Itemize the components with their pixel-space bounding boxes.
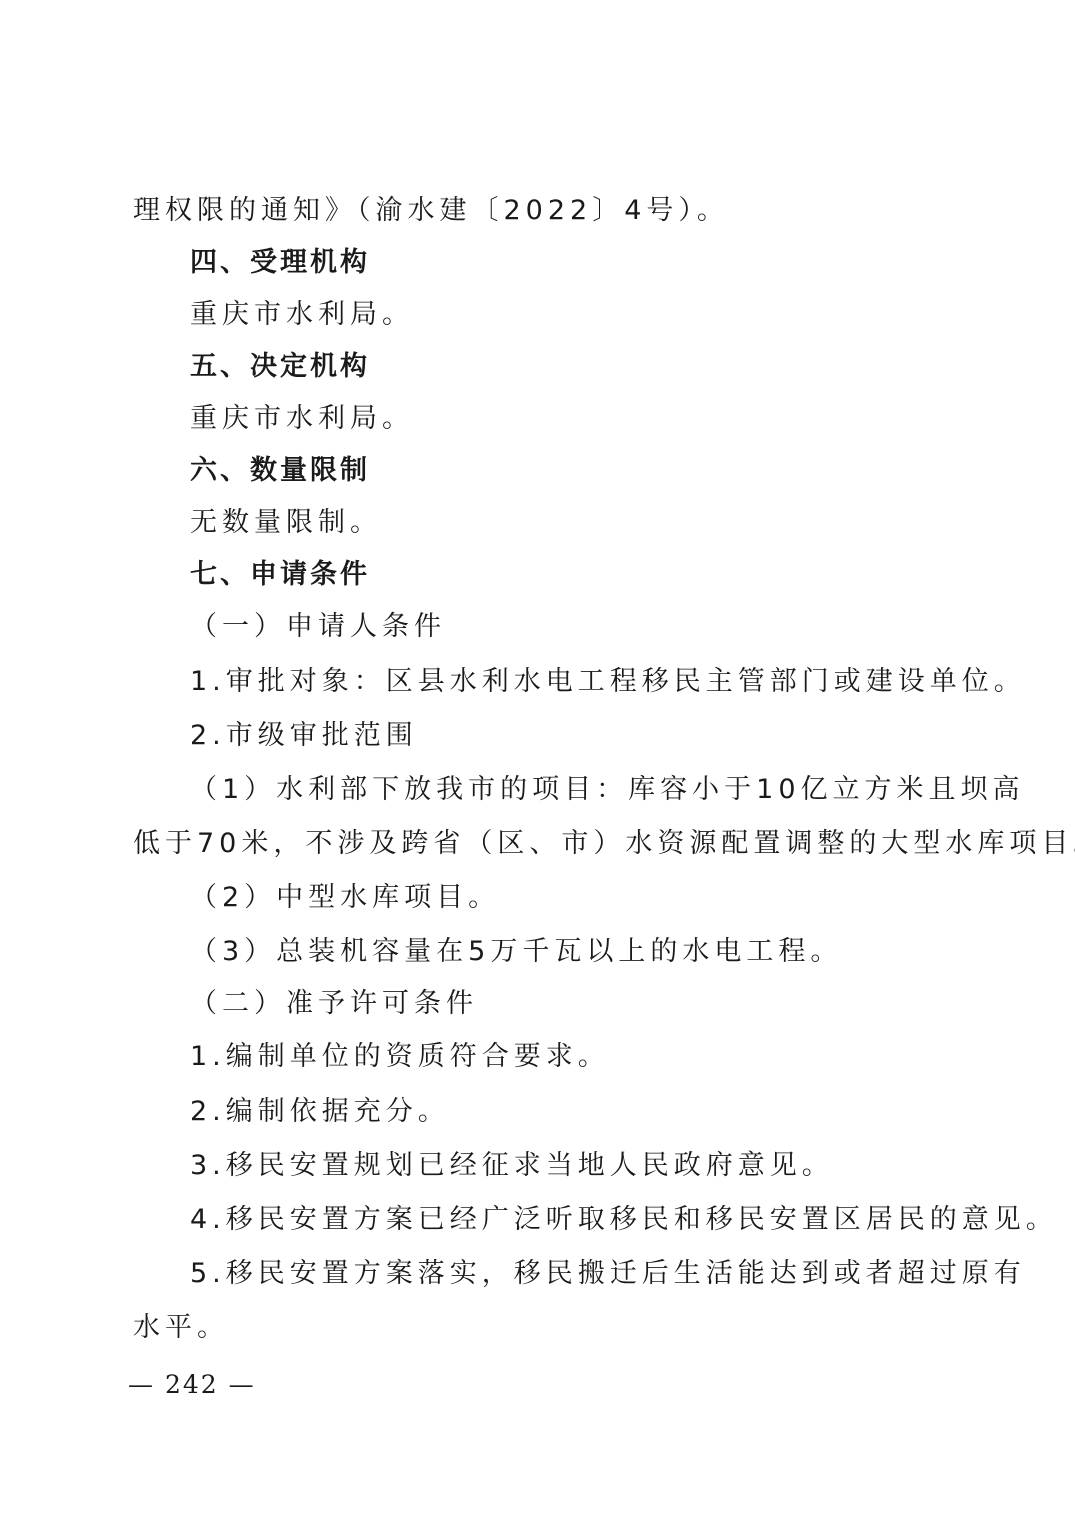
paragraph-line: 重庆市水利局。 bbox=[190, 301, 414, 328]
paragraph-line: 重庆市水利局。 bbox=[190, 405, 414, 432]
paragraph-line: 1.审批对象：区县水利水电工程移民主管部门或建设单位。 bbox=[190, 668, 1026, 695]
paragraph-line: （一）申请人条件 bbox=[190, 613, 446, 640]
paragraph-line: （1）水利部下放我市的项目：库容小于10亿立方米且坝高 bbox=[190, 776, 1025, 803]
paragraph-line: 2.编制依据充分。 bbox=[190, 1098, 450, 1125]
paragraph-line: 1.编制单位的资质符合要求。 bbox=[190, 1043, 610, 1070]
section-heading: 五、决定机构 bbox=[190, 353, 370, 380]
paragraph-line: （3）总装机容量在5万千瓦以上的水电工程。 bbox=[190, 938, 842, 965]
paragraph-line: 无数量限制。 bbox=[190, 509, 382, 536]
paragraph-line: 低于70米，不涉及跨省（区、市）水资源配置调整的大型水库项目。 bbox=[133, 830, 1075, 857]
section-heading: 六、数量限制 bbox=[190, 457, 370, 484]
paragraph-line: 2.市级审批范围 bbox=[190, 722, 418, 749]
page-number: — 242 — bbox=[128, 1370, 256, 1399]
section-heading: 七、申请条件 bbox=[190, 561, 370, 588]
paragraph-line: 3.移民安置规划已经征求当地人民政府意见。 bbox=[190, 1152, 834, 1179]
section-heading: 四、受理机构 bbox=[190, 249, 370, 276]
paragraph-line: 理权限的通知》（渝水建〔2022〕4号）。 bbox=[133, 197, 729, 224]
paragraph-line: （二）准予许可条件 bbox=[190, 990, 478, 1017]
paragraph-line: 水平。 bbox=[133, 1314, 229, 1341]
paragraph-line: （2）中型水库项目。 bbox=[190, 884, 500, 911]
paragraph-line: 4.移民安置方案已经广泛听取移民和移民安置区居民的意见。 bbox=[190, 1206, 1058, 1233]
paragraph-line: 5.移民安置方案落实，移民搬迁后生活能达到或者超过原有 bbox=[190, 1260, 1026, 1287]
